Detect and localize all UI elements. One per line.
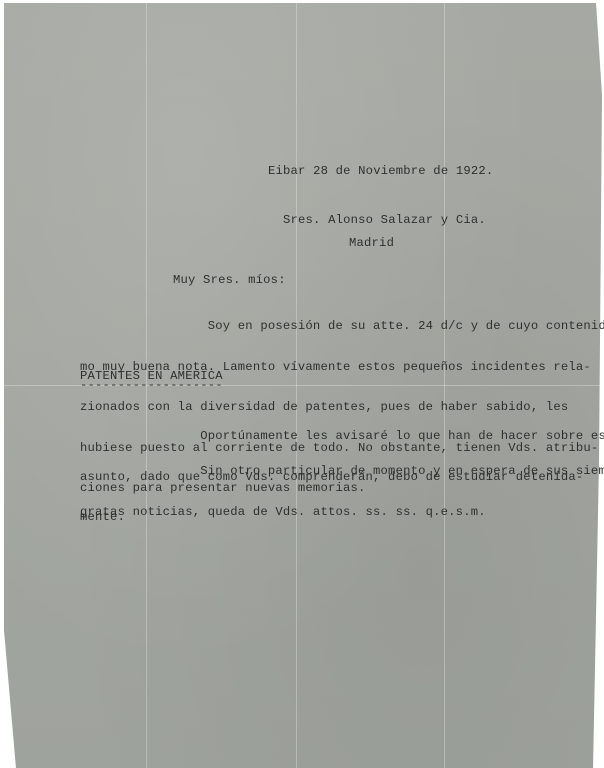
paragraph-closing: Sin otro particular de momento y en espe… <box>80 438 604 546</box>
paragraph-line: Sin otro particular de momento y en espe… <box>80 465 604 479</box>
letter-body: Eibar 28 de Noviembre de 1922. Sres. Alo… <box>0 0 604 768</box>
paragraph-line: gratas noticias, queda de Vds. attos. ss… <box>80 506 604 520</box>
paragraph-line: Soy en posesión de su atte. 24 d/c y de … <box>80 320 590 334</box>
dateline: Eibar 28 de Noviembre de 1922. <box>268 164 493 178</box>
salutation: Muy Sres. míos: <box>173 273 286 287</box>
addressee-city: Madrid <box>349 236 394 250</box>
section-heading-underline: ------------------- <box>80 378 223 392</box>
addressee-name: Sres. Alonso Salazar y Cia. <box>283 213 486 227</box>
